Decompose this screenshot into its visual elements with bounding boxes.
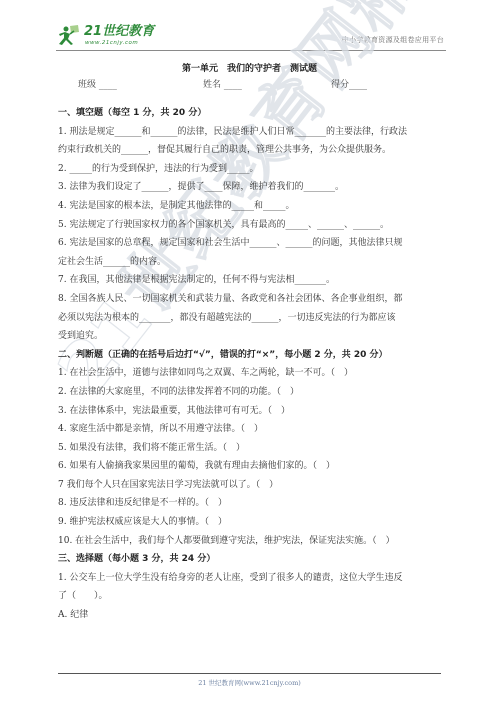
footer-text: 21 世纪教育网(www.21cnjy.com) (0, 678, 499, 687)
choice-option: A. 纪律 (58, 606, 448, 625)
runner-with-book-icon (56, 24, 82, 48)
question-line: 4. 家庭生活中都是亲情，所以不用遵守法律。（ ） (58, 420, 448, 439)
page-header: 21世纪教育 www.21cnjy.com 中小学教育资源及组卷应用平台 (56, 22, 446, 51)
class-field: 班级 ____ (78, 77, 117, 90)
question-line: 6. 如果有人偷摘我家果园里的葡萄，我就有理由去摘他们家的。（ ） (58, 457, 448, 476)
question-line: 必须以宪法为根本的_______，都没有超越宪法的______，一切违反宪法的行… (58, 309, 448, 328)
question-line: 1. 公交车上一位大学生没有给身旁的老人让座，受到了很多人的谴责，这位大学生违反 (58, 569, 448, 588)
logo-url: www.21cnjy.com (85, 40, 138, 46)
page-title: 第一单元 我们的守护者 测试题 (0, 61, 499, 74)
logo: 21世纪教育 www.21cnjy.com (56, 22, 166, 50)
question-line: 7 我们每个人只在国家宪法日学习宪法就可以了。（ ） (58, 476, 448, 495)
question-line: 定社会生活______的内容。 (58, 253, 448, 272)
question-line: 2. _____的行为受到保护，违法的行为受到_____。 (58, 160, 448, 179)
question-line: 8. 违反法律和违反纪律是不一样的。（ ） (58, 494, 448, 513)
question-line: 3. 在法律体系中，宪法最重要，其他法律可有可无。（ ） (58, 402, 448, 421)
question-line: 5. 宪法规定了行驶国家权力的各个国家机关，具有最高的_____、______、… (58, 216, 448, 235)
platform-text: 中小学教育资源及组卷应用平台 (342, 35, 444, 45)
question-line: 5. 如果没有法律，我们将不能正常生活。（ ） (58, 439, 448, 458)
section-heading-fill-blank: 一、填空题（每空 1 分，共 20 分） (58, 104, 448, 123)
name-field: 姓名 ____ (203, 77, 242, 90)
question-line: 1. 刑法是规定______和______的法律，民法是维护人们日常______… (58, 123, 448, 142)
question-line: 9. 维护宪法权威应该是大人的事情。（ ） (58, 513, 448, 532)
question-line: 约束行政机关的______，督促其履行自己的职责，管理公共事务，为公众提供服务。 (58, 141, 448, 160)
question-line: 受到追究。 (58, 327, 448, 346)
score-field: 得分____ (331, 77, 367, 90)
question-line: 7. 在我国，其他法律是根据宪法制定的，任何不得与宪法相_______。 (58, 271, 448, 290)
question-line: 4. 宪法是国家的根本法，是制定其他法律的_____和_____。 (58, 197, 448, 216)
question-line: 6. 宪法是国家的总章程，规定国家和社会生活中______、______的问题，… (58, 234, 448, 253)
section-heading-true-false: 二、判断题（正确的在括号后边打“√”，错误的打“×”，每小题 2 分，共 20 … (58, 346, 448, 365)
question-line: 了（ ）。 (58, 587, 448, 606)
footer-divider (58, 673, 441, 674)
section-heading-multiple-choice: 三、选择题（每小题 3 分，共 24 分） (58, 550, 448, 569)
question-line: 8. 全国各族人民、一切国家机关和武装力量、各政党和各社会团体、各企事业组织，都 (58, 290, 448, 309)
question-line: 10. 在社会生活中，我们每个人都要做到遵守宪法，维护宪法，保证宪法实施。（ ） (58, 532, 448, 551)
question-line: 1. 在社会生活中，道德与法律如同鸟之双翼、车之两轮，缺一不可。（ ） (58, 364, 448, 383)
logo-text: 21世纪教育 (84, 25, 154, 39)
question-line: 3. 法律为我们设定了______，提供了____保障，维护着我们的______… (58, 178, 448, 197)
question-line: 2. 在法律的大家庭里，不同的法律发挥着不同的功能。（ ） (58, 383, 448, 402)
exam-content: 一、填空题（每空 1 分，共 20 分） 1. 刑法是规定______和____… (58, 104, 448, 625)
